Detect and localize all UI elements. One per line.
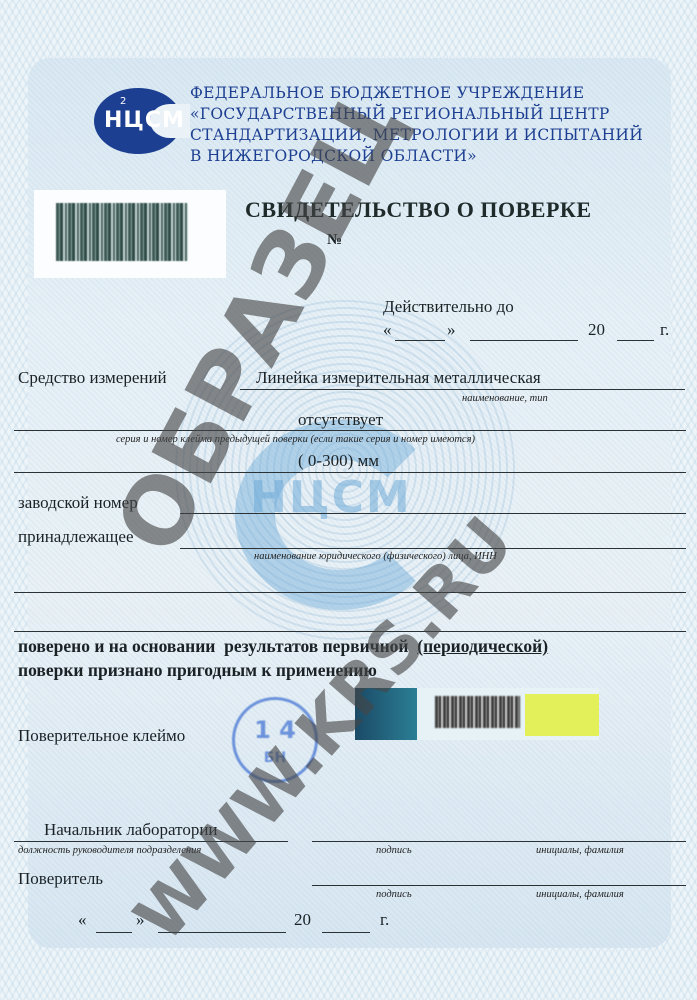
org-line: «ГОСУДАРСТВЕННЫЙ РЕГИОНАЛЬНЫЙ ЦЕНТР [190, 104, 643, 125]
org-line: ФЕДЕРАЛЬНОЕ БЮДЖЕТНОЕ УЧРЕЖДЕНИЕ [190, 83, 643, 104]
serial-field[interactable] [180, 513, 686, 514]
valid-month-field[interactable] [470, 340, 578, 341]
sticker-barcode-icon [435, 696, 520, 728]
sticker-yellow-field [525, 694, 599, 736]
valid-until-label: Действительно до [383, 297, 514, 317]
date-year-prefix: 20 [294, 910, 311, 930]
org-line: В НИЖЕГОРОДСКОЙ ОБЛАСТИ» [190, 146, 643, 167]
date-year-field[interactable] [322, 932, 370, 933]
organization-logo-icon: 2 НЦСМ [94, 88, 182, 154]
background-logo-text: НЦСМ [250, 472, 412, 523]
owner-line-3[interactable] [14, 631, 686, 632]
verifier-label: Поверитель [18, 869, 103, 889]
owner-line-2[interactable] [14, 592, 686, 593]
barcode-icon [56, 203, 188, 261]
range-line [14, 472, 686, 473]
prev-mark-line [14, 430, 686, 431]
date-year-suffix: г. [380, 910, 389, 930]
date-day-open: « [78, 910, 87, 930]
date-day-field[interactable] [96, 932, 132, 933]
instrument-value[interactable]: Линейка измерительная металлическая [256, 368, 541, 388]
name-caption: инициалы, фамилия [536, 845, 624, 856]
barcode-label [34, 190, 226, 278]
head-signature-field[interactable] [312, 841, 686, 842]
valid-year-field[interactable] [617, 340, 654, 341]
instrument-line [240, 389, 685, 390]
name-caption: инициалы, фамилия [536, 889, 624, 900]
instrument-label: Средство измерений [18, 368, 167, 388]
conclusion-line-1: поверено и на основании результатов перв… [18, 636, 548, 657]
verifier-signature-field[interactable] [312, 885, 686, 886]
logo-superscript: 2 [120, 96, 126, 107]
prev-mark-value[interactable]: отсутствует [298, 410, 383, 430]
valid-year-suffix: г. [660, 320, 669, 340]
stamp-label: Поверительное клеймо [18, 726, 185, 746]
instrument-caption: наименование, тип [462, 393, 548, 404]
signature-caption: подпись [376, 889, 412, 900]
valid-day-field[interactable] [395, 340, 445, 341]
logo-text: НЦСМ [104, 108, 185, 133]
valid-day-close: » [447, 320, 456, 340]
range-value[interactable]: ( 0-300) мм [298, 451, 379, 471]
valid-day-open: « [383, 320, 392, 340]
valid-year-prefix: 20 [588, 320, 605, 340]
signature-caption: подпись [376, 845, 412, 856]
